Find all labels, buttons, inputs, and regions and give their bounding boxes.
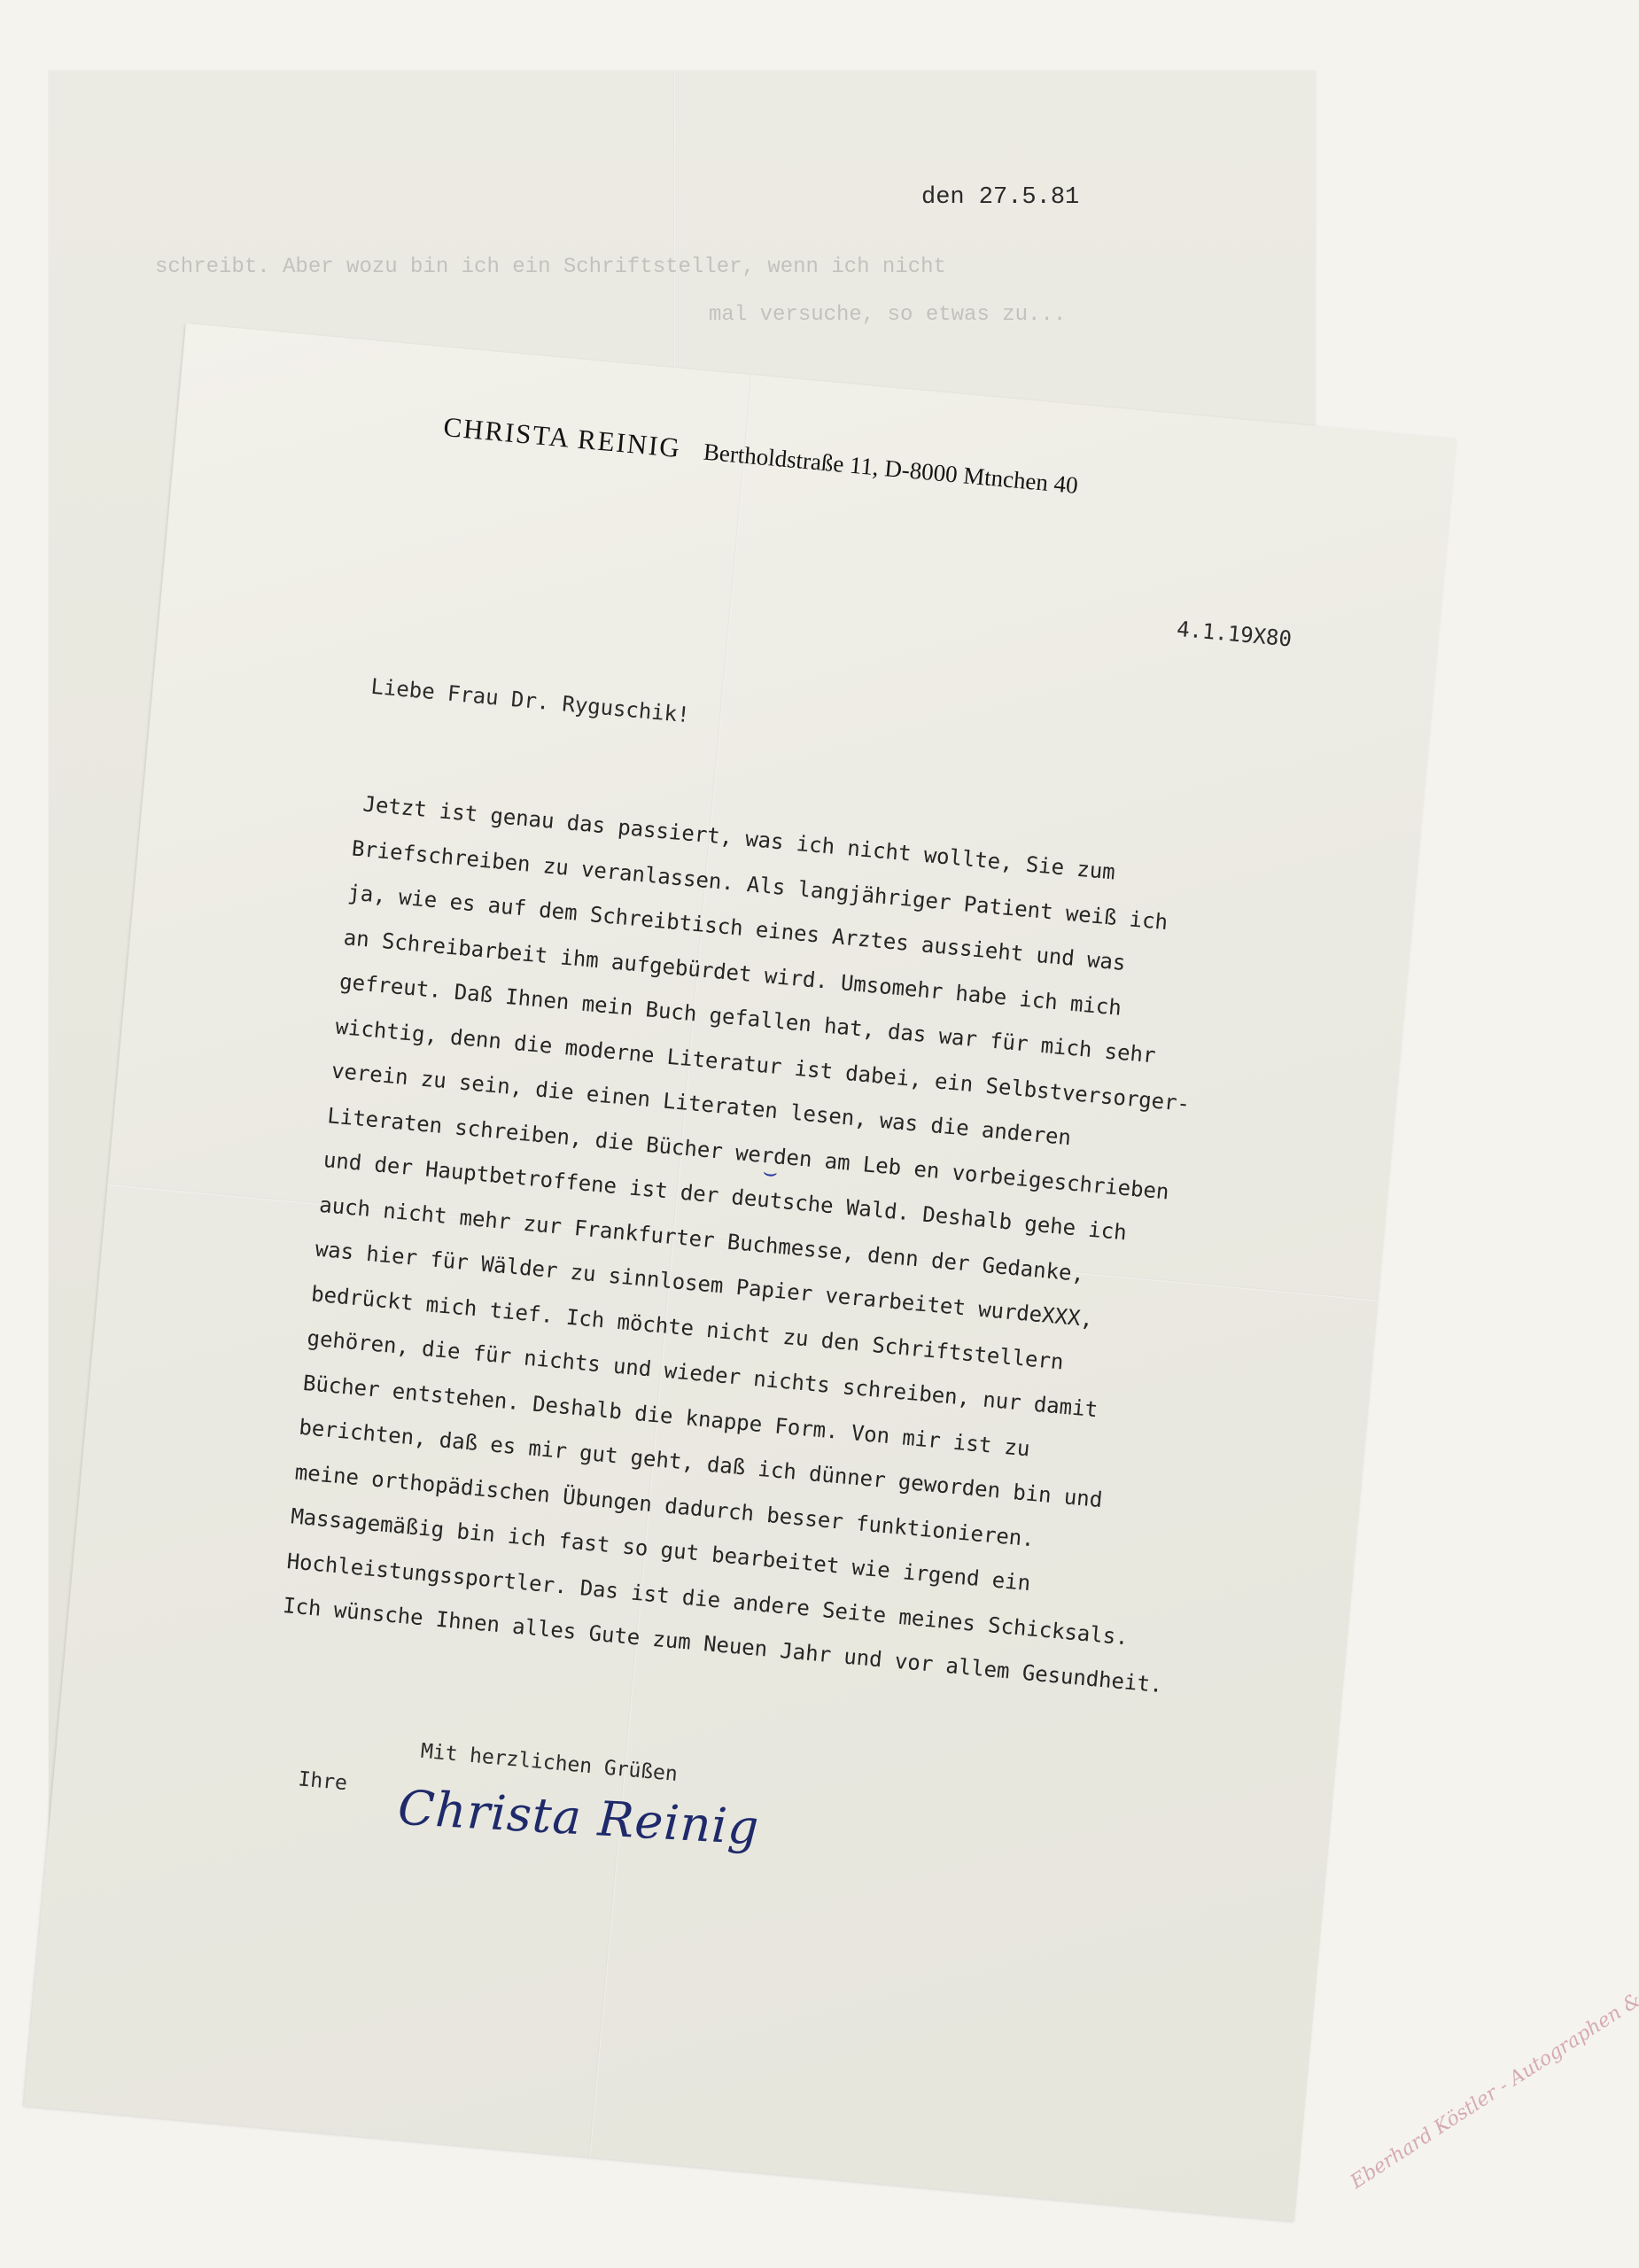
letterhead-name: CHRISTA REINIG [442,411,682,463]
salutation: Liebe Frau Dr. Ryguschik! [369,674,690,728]
closing-phrase: Mit herzlichen Grüßen [420,1740,679,1786]
show-through-text-line: mal versuche, so etwas zu... [709,303,1066,327]
back-letter-date: den 27.5.81 [921,184,1079,211]
front-letter-sheet: CHRISTA REINIG Bertholdstraße 11, D-8000… [24,323,1456,2221]
letter-date: 4.1.19X80 [1176,617,1293,652]
letter-body: Jetzt ist genau das passiert, was ich ni… [281,781,1293,1713]
handwritten-signature: Christa Reinig [397,1780,761,1856]
show-through-text-line: schreibt. Aber wozu bin ich ein Schrifts… [155,255,946,279]
letterhead-address: Bertholdstraße 11, D-8000 Mtnchen 40 [703,439,1079,499]
handwritten-correction-mark-icon: ⌣ [761,1159,779,1187]
letterhead: CHRISTA REINIG Bertholdstraße 11, D-8000… [442,411,1079,501]
dealer-watermark: Eberhard Köstler - Autographen & Bücher [1347,1946,1639,2194]
sign-off: Ihre [297,1767,348,1795]
